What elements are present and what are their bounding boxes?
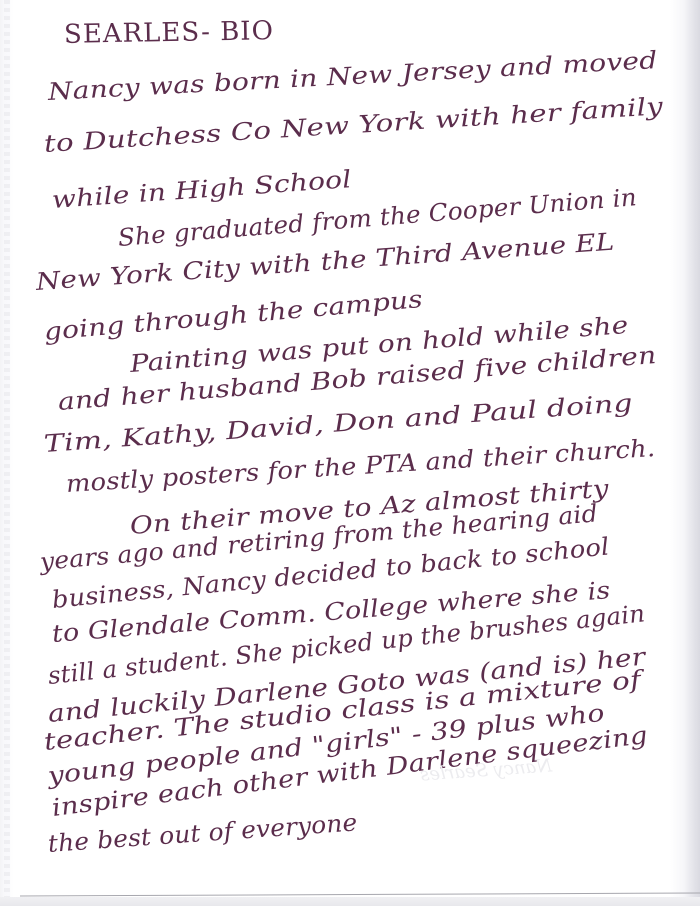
document-title: SEARLES- BIO	[64, 16, 274, 50]
page-bottom-margin	[0, 897, 700, 906]
page-right-shadow	[684, 0, 700, 906]
handwritten-line: while in High School	[51, 165, 352, 214]
handwritten-line: to Dutchess Co New York with her family	[43, 92, 664, 158]
scanned-page: SEARLES- BIO Nancy was born in New Jerse…	[0, 0, 700, 906]
page-left-edge	[4, 0, 10, 906]
page-bottom-edge	[20, 893, 700, 897]
